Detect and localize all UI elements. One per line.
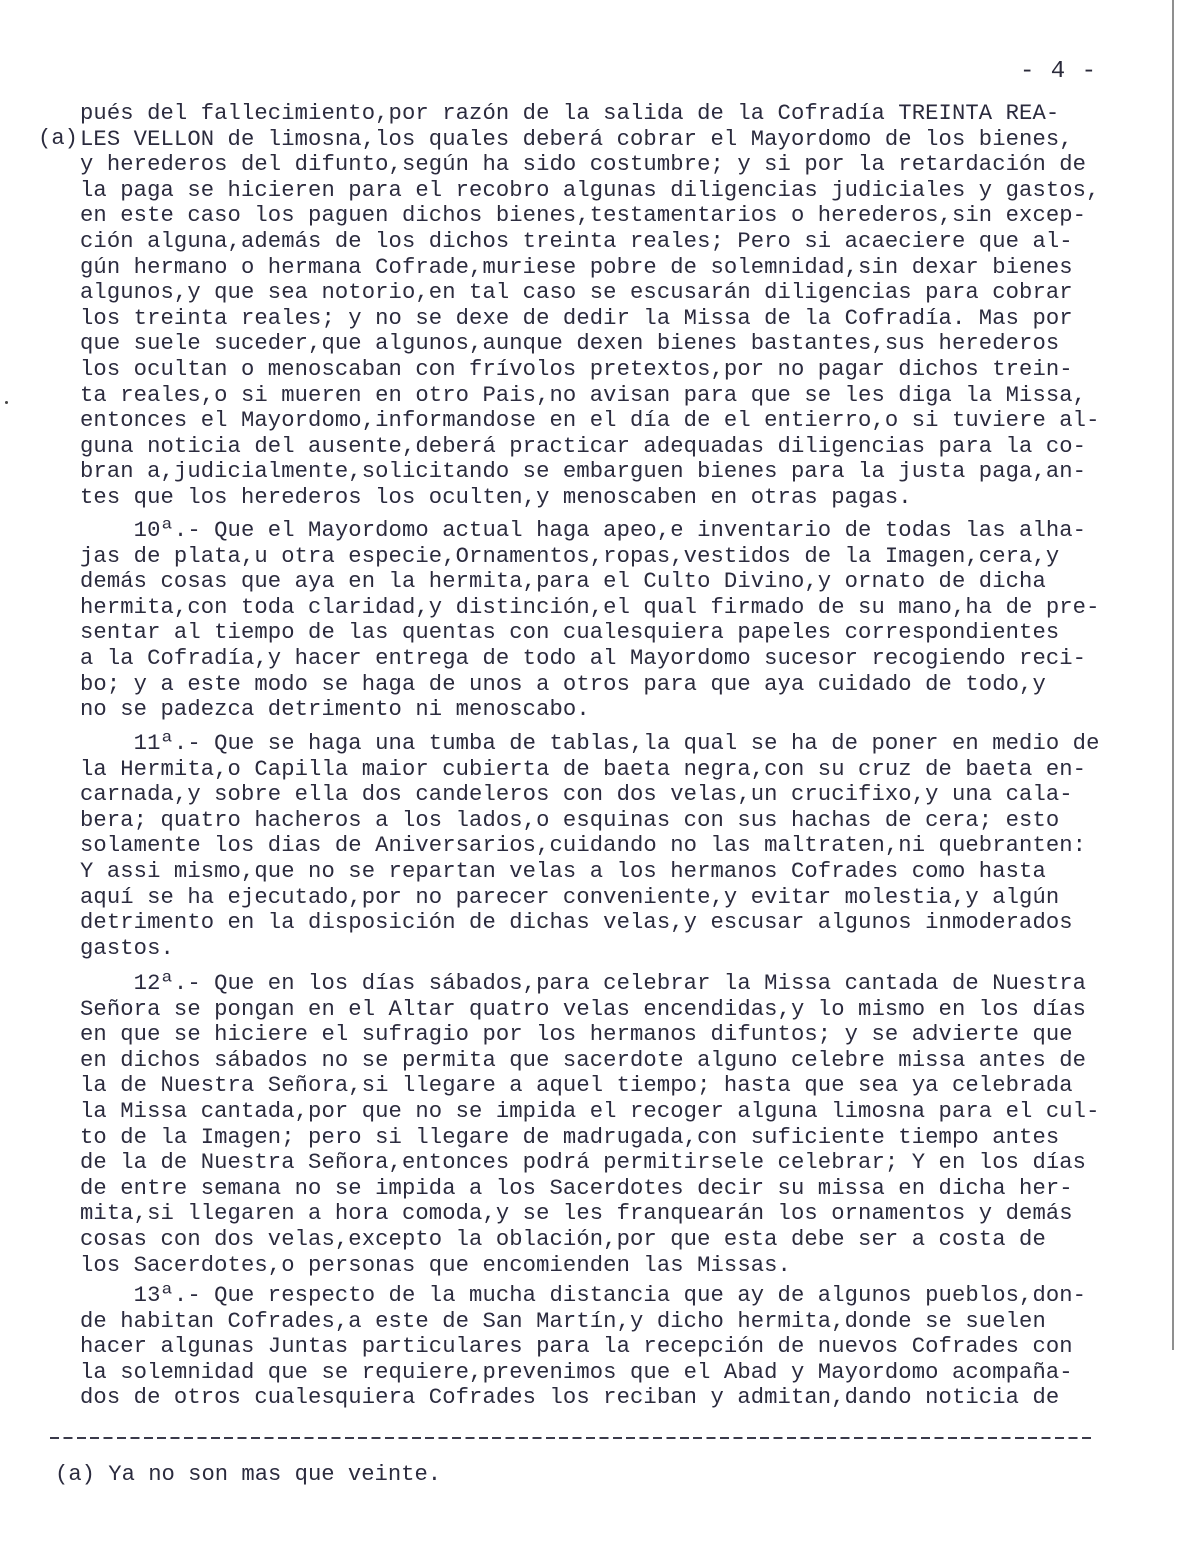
text-line: de habitan Cofrades,a este de San Martín… — [80, 1309, 1046, 1334]
text-line: bera; quatro hacheros a los lados,o esqu… — [80, 808, 1059, 833]
text-line: guna noticia del ausente,deberá practica… — [80, 434, 1086, 459]
text-line: aquí se ha ejecutado,por no parecer conv… — [80, 885, 1059, 910]
scan-speck — [5, 401, 8, 404]
text-line: solamente los dias de Aniversarios,cuida… — [80, 833, 1086, 858]
text-line: 11ª.- Que se haga una tumba de tablas,la… — [80, 731, 1100, 756]
text-line: entonces el Mayordomo,informandose en el… — [80, 408, 1100, 433]
text-line: mita,si llegaren a hora comoda,y se les … — [80, 1201, 1073, 1226]
text-line: que suele suceder,que algunos,aunque dex… — [80, 331, 1059, 356]
page-number: - 4 - — [1020, 58, 1097, 85]
document-page: - 4 - (a) pués del fallecimiento,por raz… — [0, 0, 1182, 1552]
text-line: la solemnidad que se requiere,prevenimos… — [80, 1360, 1073, 1385]
text-line: la Missa cantada,por que no se impida el… — [80, 1099, 1100, 1124]
footnote-marker: (a) — [38, 126, 78, 151]
text-line: en dichos sábados no se permita que sace… — [80, 1048, 1086, 1073]
text-line: to de la Imagen; pero si llegare de madr… — [80, 1125, 1059, 1150]
text-line: 13ª.- Que respecto de la mucha distancia… — [80, 1283, 1086, 1308]
text-line: a la Cofradía,y hacer entrega de todo al… — [80, 646, 1086, 671]
text-line: demás cosas que aya en la hermita,para e… — [80, 569, 1046, 594]
text-line: carnada,y sobre ella dos candeleros con … — [80, 782, 1073, 807]
text-line: jas de plata,u otra especie,Ornamentos,r… — [80, 544, 1059, 569]
text-line: cosas con dos velas,excepto la oblación,… — [80, 1227, 1046, 1252]
text-line: pués del fallecimiento,por razón de la s… — [80, 101, 1059, 126]
footnote-separator — [50, 1431, 1093, 1443]
right-margin-rule — [1172, 0, 1174, 1350]
text-line: los Sacerdotes,o personas que encomiende… — [80, 1253, 791, 1278]
footnote: (a) Ya no son mas que veinte. — [55, 1462, 441, 1487]
text-line: en este caso los paguen dichos bienes,te… — [80, 203, 1086, 228]
text-line: sentar al tiempo de las quentas con cual… — [80, 620, 1059, 645]
text-line: gún hermano o hermana Cofrade,muriese po… — [80, 255, 1073, 280]
text-line: dos de otros cualesquiera Cofrades los r… — [80, 1385, 1059, 1410]
text-line: de entre semana no se impida a los Sacer… — [80, 1176, 1073, 1201]
text-line: bran a,judicialmente,solicitando se emba… — [80, 459, 1086, 484]
text-line: 12ª.- Que en los días sábados,para celeb… — [80, 971, 1086, 996]
text-line: los ocultan o menoscaban con frívolos pr… — [80, 357, 1073, 382]
text-line: ta reales,o si mueren en otro Pais,no av… — [80, 383, 1086, 408]
text-line: 10ª.- Que el Mayordomo actual haga apeo,… — [80, 518, 1086, 543]
text-line: no se padezca detrimento ni menoscabo. — [80, 697, 590, 722]
text-line: hacer algunas Juntas particulares para l… — [80, 1334, 1073, 1359]
text-line: LES VELLON de limosna,los quales deberá … — [80, 127, 1073, 152]
text-line: ción alguna,además de los dichos treinta… — [80, 229, 1073, 254]
text-line: detrimento en la disposición de dichas v… — [80, 910, 1073, 935]
text-line: algunos,y que sea notorio,en tal caso se… — [80, 280, 1073, 305]
text-line: la Hermita,o Capilla maior cubierta de b… — [80, 757, 1086, 782]
text-line: tes que los herederos los oculten,y meno… — [80, 485, 912, 510]
text-line: gastos. — [80, 936, 174, 961]
text-line: la de Nuestra Señora,si llegare a aquel … — [80, 1073, 1073, 1098]
text-line: de la de Nuestra Señora,entonces podrá p… — [80, 1150, 1086, 1175]
text-line: en que se hiciere el sufragio por los he… — [80, 1022, 1073, 1047]
text-line: Y assi mismo,que no se repartan velas a … — [80, 859, 1046, 884]
text-line: y herederos del difunto,según ha sido co… — [80, 152, 1086, 177]
text-line: bo; y a este modo se haga de unos a otro… — [80, 672, 1046, 697]
text-line: la paga se hicieren para el recobro algu… — [80, 178, 1100, 203]
text-line: Señora se pongan en el Altar quatro vela… — [80, 997, 1086, 1022]
text-line: los treinta reales; y no se dexe de dedi… — [80, 306, 1073, 331]
text-line: hermita,con toda claridad,y distinción,e… — [80, 595, 1100, 620]
